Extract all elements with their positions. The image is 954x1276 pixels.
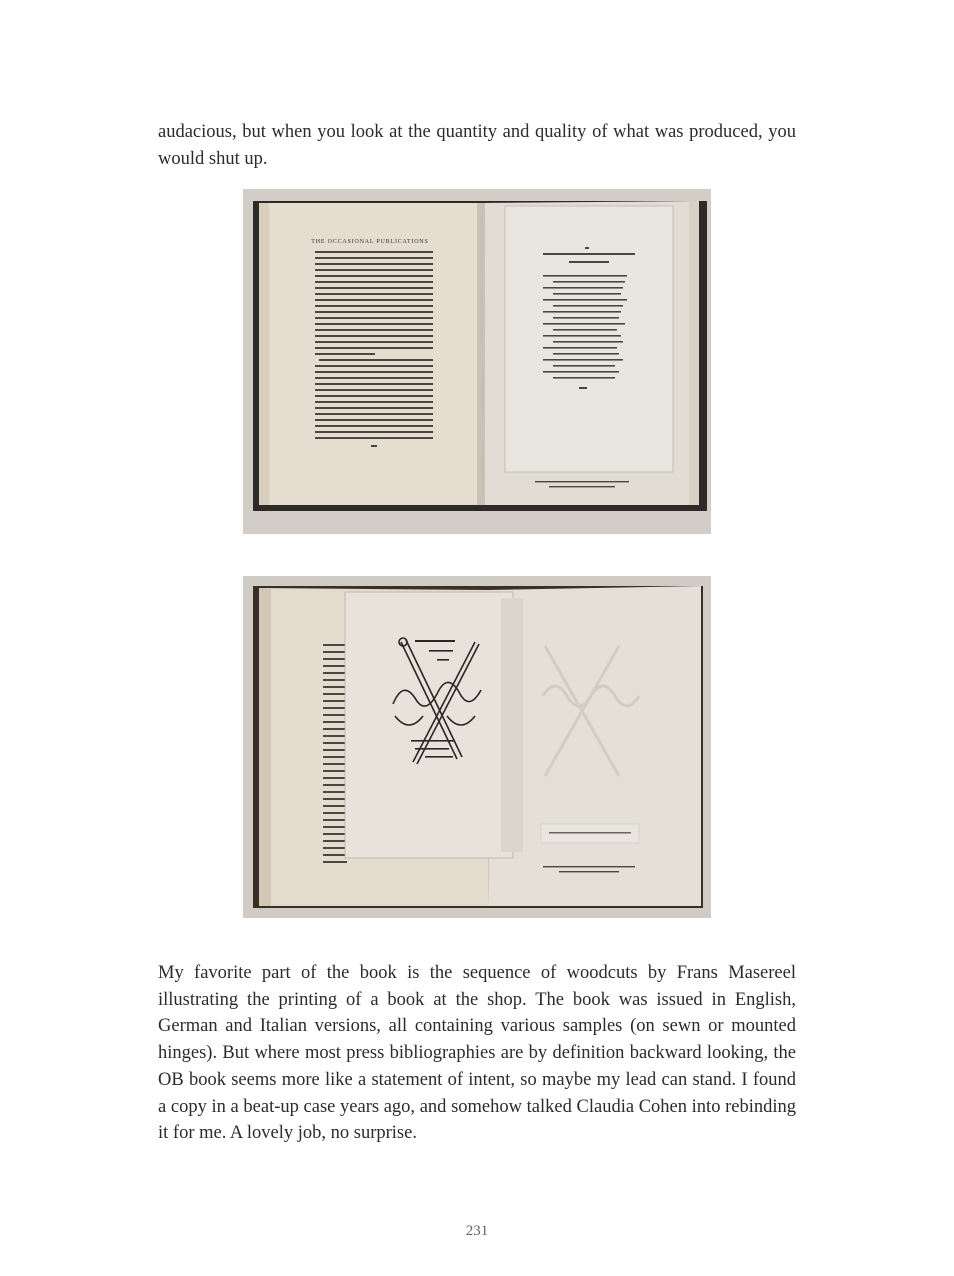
book-photo-text-spread: THE OCCASIONAL PUBLICATIONS: [243, 189, 711, 534]
page-number: 231: [0, 1223, 954, 1240]
book-photo-illustration: THE OCCASIONAL PUBLICATIONS: [243, 189, 711, 534]
paragraph-continued: audacious, but when you look at the quan…: [158, 119, 796, 172]
paragraph-masereel-woodcuts: My favorite part of the book is the sequ…: [158, 960, 796, 1147]
book-photo-illustration: [243, 576, 711, 918]
book-photo-engraving-spread: [243, 576, 711, 918]
svg-text:THE OCCASIONAL PUBLICATIONS: THE OCCASIONAL PUBLICATIONS: [311, 239, 428, 245]
